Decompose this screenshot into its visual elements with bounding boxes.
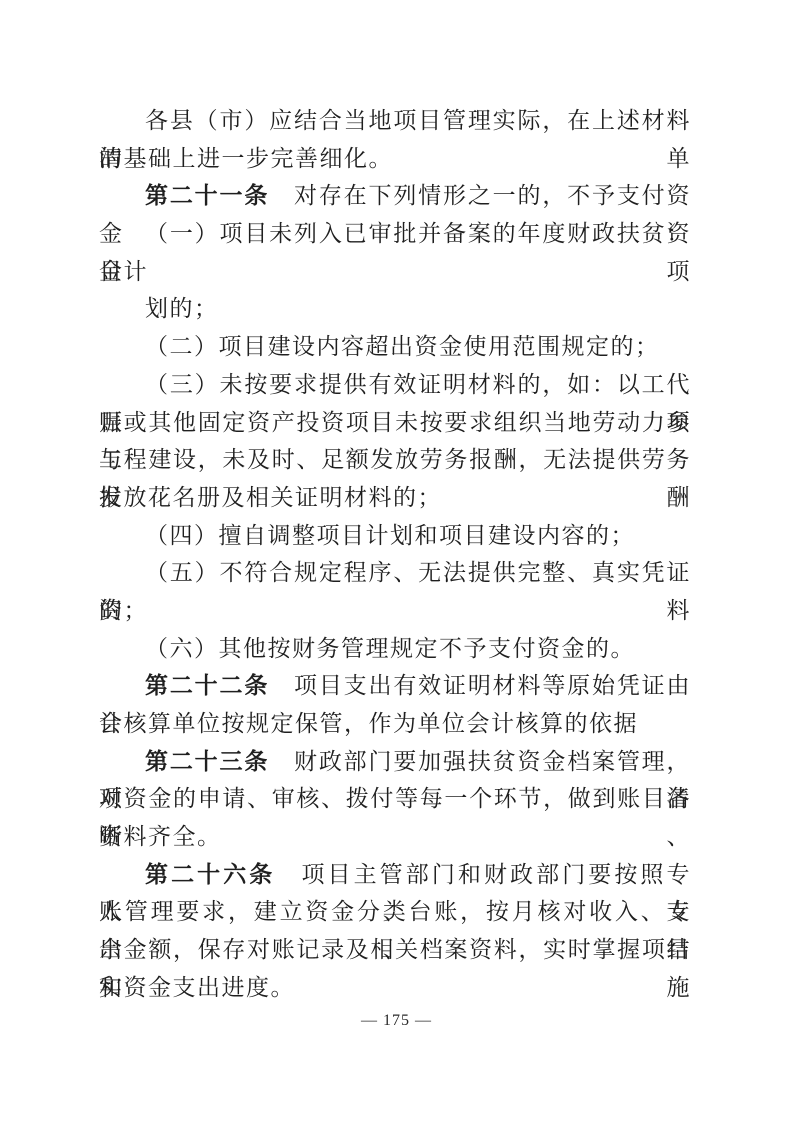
text-line: 账管理要求，建立资金分类台账，按月核对收入、支出、结 <box>99 893 691 931</box>
article-number: 第二十二条 <box>145 673 269 698</box>
page-number: — 175 — <box>0 1012 793 1030</box>
text-line: 各县（市）应结合当地项目管理实际，在上述材料清单 <box>99 102 691 140</box>
text-line: （三）未按要求提供有效证明材料的，如：以工代赈项 <box>99 366 691 404</box>
text-line: 佘金额，保存对账记录及相关档案资料，实时掌握项目实施 <box>99 931 691 969</box>
text-line: （一）项目未列入已审批并备案的年度财政扶贫资金项 <box>99 215 691 253</box>
text-line: 第二十六条 项目主管部门和财政部门要按照专人、专 <box>99 856 691 894</box>
document-body: 各县（市）应结合当地项目管理实际，在上述材料清单的基础上进一步完善细化。第二十一… <box>99 102 691 1007</box>
article-number: 第二十一条 <box>145 183 269 208</box>
text-line: 划的； <box>99 290 691 328</box>
text-line: 第二十三条 财政部门要加强扶贫资金档案管理，对各 <box>99 743 691 781</box>
text-line: 第二十二条 项目支出有效证明材料等原始凭证由会 <box>99 667 691 705</box>
article-number: 第二十六条 <box>145 862 275 887</box>
text-line: （六）其他按财务管理规定不予支付资金的。 <box>99 630 691 668</box>
text-line: 第二十一条 对存在下列情形之一的，不予支付资金： <box>99 177 691 215</box>
text-line: （四）擅自调整项目计划和项目建设内容的； <box>99 517 691 555</box>
text-line: （二）项目建设内容超出资金使用范围规定的； <box>99 328 691 366</box>
text-line: 目或其他固定资产投资项目未按要求组织当地劳动力参与 <box>99 404 691 442</box>
article-number: 第二十三条 <box>145 749 269 774</box>
text-line: （五）不符合规定程序、无法提供完整、真实凭证资料 <box>99 554 691 592</box>
text-line: 计核算单位按规定保管，作为单位会计核算的依据 <box>99 705 691 743</box>
text-line: 项资金的申请、审核、拨付等每一个环节，做到账目清晰、 <box>99 780 691 818</box>
document-page: 各县（市）应结合当地项目管理实际，在上述材料清单的基础上进一步完善细化。第二十一… <box>0 0 793 1122</box>
text-line: 工程建设，未及时、足额发放劳务报酬，无法提供劳务报酬 <box>99 441 691 479</box>
